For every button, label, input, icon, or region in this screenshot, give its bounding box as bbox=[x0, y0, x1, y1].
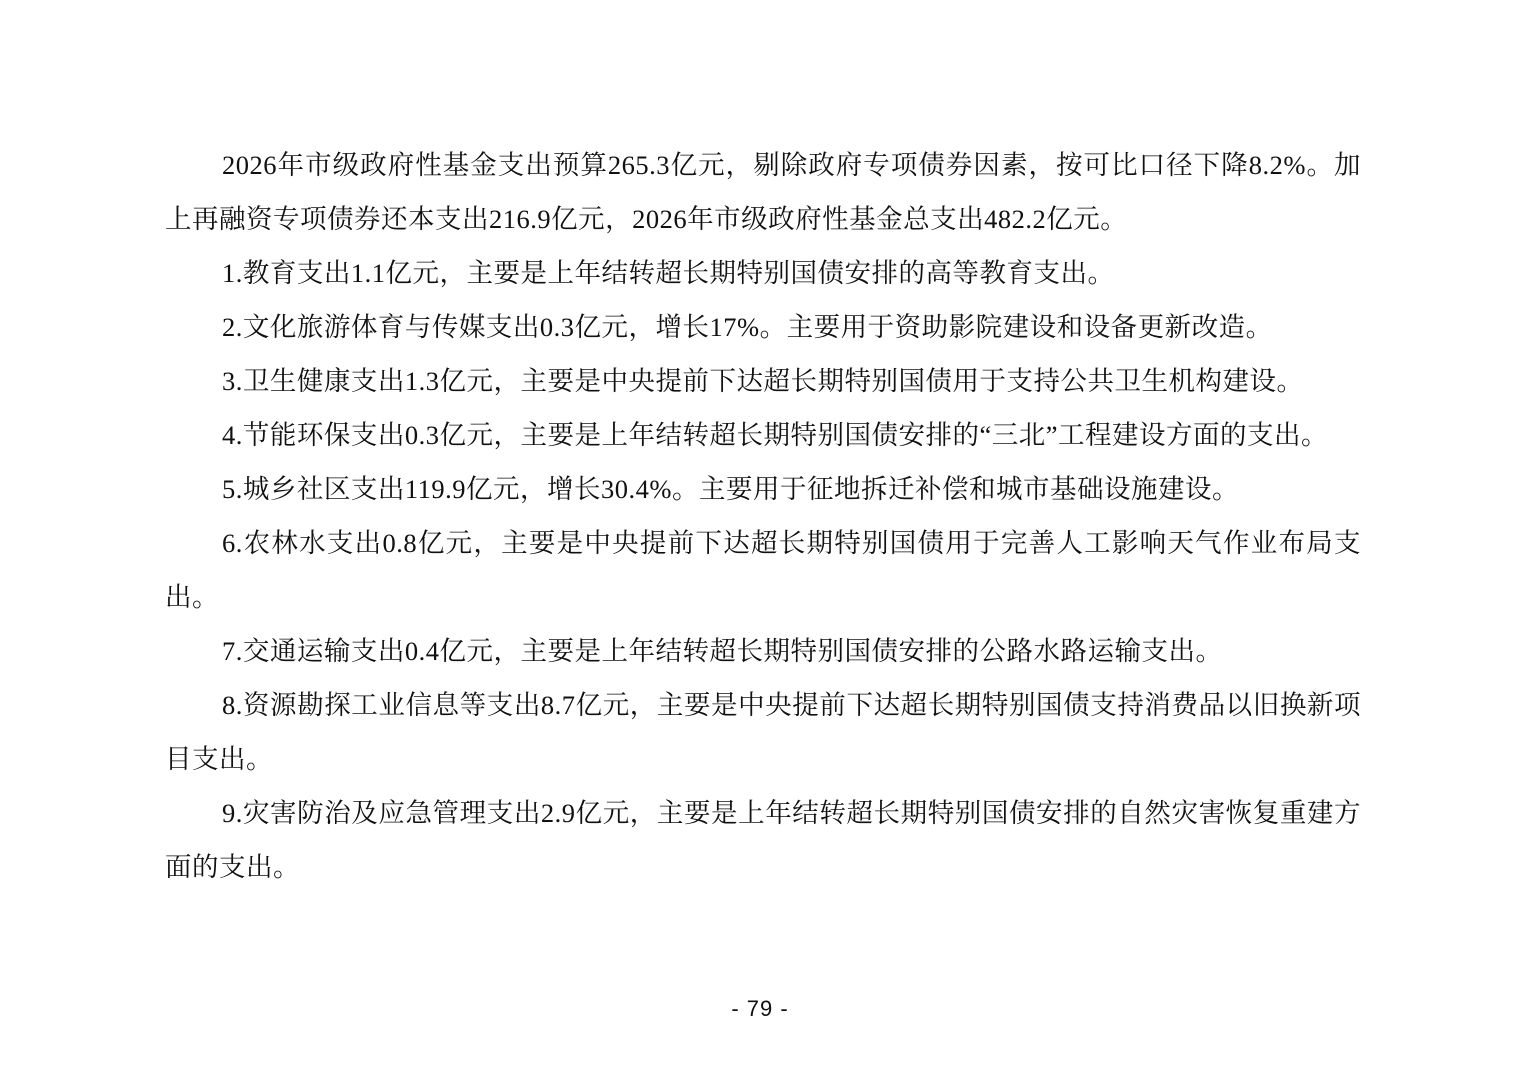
paragraph-resources-industry: 8.资源勘探工业信息等支出8.7亿元，主要是中央提前下达超长期特别国债支持消费品… bbox=[165, 678, 1361, 786]
paragraph-culture-tourism: 2.文化旅游体育与传媒支出0.3亿元，增长17%。主要用于资助影院建设和设备更新… bbox=[165, 300, 1361, 354]
paragraph-disaster-prevention: 9.灾害防治及应急管理支出2.9亿元，主要是上年结转超长期特别国债安排的自然灾害… bbox=[165, 786, 1361, 894]
document-body: 2026年市级政府性基金支出预算265.3亿元，剔除政府专项债券因素，按可比口径… bbox=[165, 138, 1361, 894]
page-number: - 79 - bbox=[0, 996, 1520, 1022]
paragraph-urban-rural: 5.城乡社区支出119.9亿元，增长30.4%。主要用于征地拆迁补偿和城市基础设… bbox=[165, 462, 1361, 516]
paragraph-fund-summary: 2026年市级政府性基金支出预算265.3亿元，剔除政府专项债券因素，按可比口径… bbox=[165, 138, 1361, 246]
paragraph-education: 1.教育支出1.1亿元，主要是上年结转超长期特别国债安排的高等教育支出。 bbox=[165, 246, 1361, 300]
paragraph-health: 3.卫生健康支出1.3亿元，主要是中央提前下达超长期特别国债用于支持公共卫生机构… bbox=[165, 354, 1361, 408]
paragraph-environment: 4.节能环保支出0.3亿元，主要是上年结转超长期特别国债安排的“三北”工程建设方… bbox=[165, 408, 1361, 462]
paragraph-agriculture: 6.农林水支出0.8亿元，主要是中央提前下达超长期特别国债用于完善人工影响天气作… bbox=[165, 516, 1361, 624]
paragraph-transport: 7.交通运输支出0.4亿元，主要是上年结转超长期特别国债安排的公路水路运输支出。 bbox=[165, 624, 1361, 678]
